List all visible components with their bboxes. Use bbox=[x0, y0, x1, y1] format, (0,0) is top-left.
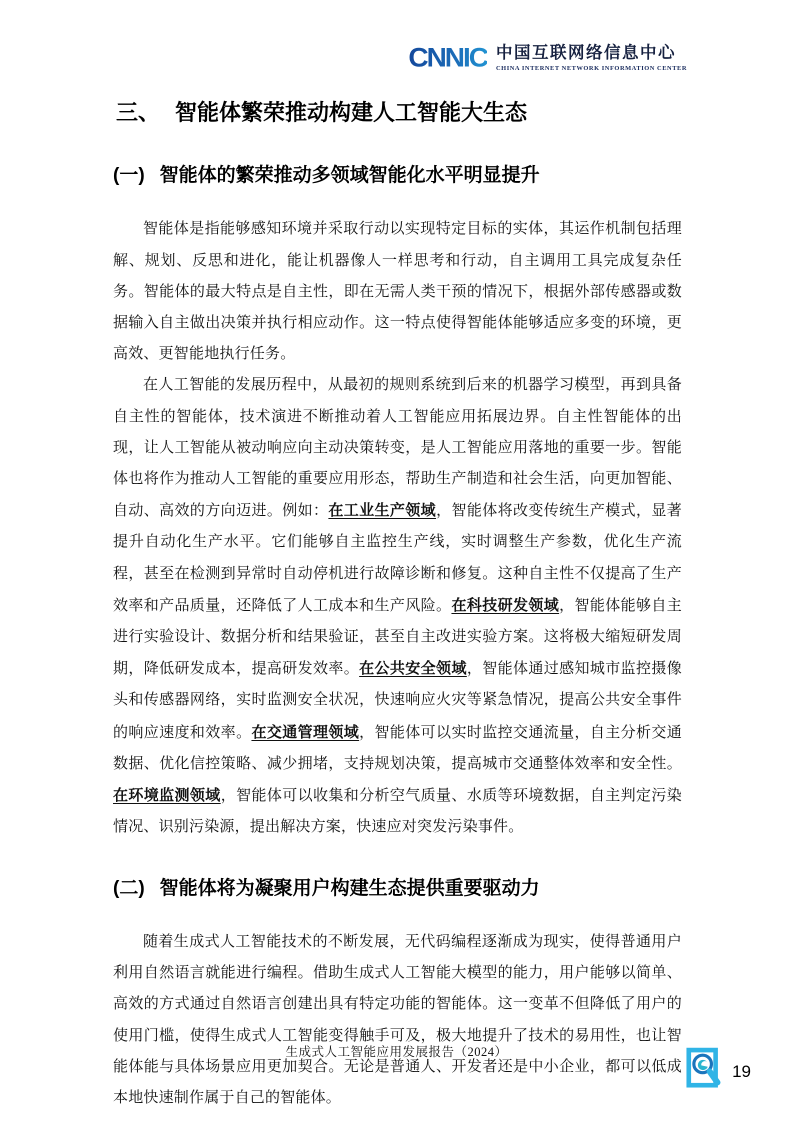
org-name-chinese: 中国互联网络信息中心 bbox=[496, 44, 687, 62]
chapter-heading: 三、 智能体繁荣推动构建人工智能大生态 bbox=[116, 97, 682, 129]
section-2-paragraph-1: 随着生成式人工智能技术的不断发展，无代码编程逐渐成为现实，使得普通用户利用自然语… bbox=[113, 927, 682, 1114]
document-page: CNNIC 中国互联网络信息中心 CHINA INTERNET NETWORK … bbox=[0, 0, 793, 1121]
page-number: 19 bbox=[732, 1062, 751, 1082]
cnnic-survey-logo-icon bbox=[686, 1046, 723, 1098]
section-1-paragraph-1: 智能体是指能够感知环境并采取行动以实现特定目标的实体，其运作机制包括理解、规划、… bbox=[113, 214, 682, 370]
org-name-english: CHINA INTERNET NETWORK INFORMATION CENTE… bbox=[496, 65, 687, 72]
page-content: 三、 智能体繁荣推动构建人工智能大生态 (一) 智能体的繁荣推动多领域智能化水平… bbox=[0, 0, 793, 1114]
highlighted-domain-term: 在交通管理领域 bbox=[251, 724, 359, 741]
section-1-paragraph-2: 在人工智能的发展历程中，从最初的规则系统到后来的机器学习模型，再到具备自主性的智… bbox=[113, 370, 682, 843]
body-text-run: 在人工智能的发展历程中，从最初的规则系统到后来的机器学习模型，再到具备自主性的智… bbox=[113, 377, 682, 519]
body-text-run: 随着生成式人工智能技术的不断发展，无代码编程逐渐成为现实，使得普通用户利用自然语… bbox=[113, 934, 682, 1106]
page-number-badge: 19 bbox=[686, 1046, 751, 1098]
section-2-heading: (二) 智能体将为凝聚用户构建生态提供重要驱动力 bbox=[113, 875, 682, 903]
section-1-heading: (一) 智能体的繁荣推动多领域智能化水平明显提升 bbox=[113, 162, 682, 190]
highlighted-domain-term: 在公共安全领域 bbox=[359, 660, 467, 677]
section-2-title: 智能体将为凝聚用户构建生态提供重要驱动力 bbox=[160, 875, 540, 903]
highlighted-domain-term: 在工业生产领域 bbox=[328, 502, 436, 519]
org-name-block: 中国互联网络信息中心 CHINA INTERNET NETWORK INFORM… bbox=[496, 44, 687, 71]
cnnic-header-logo: CNNIC 中国互联网络信息中心 CHINA INTERNET NETWORK … bbox=[408, 44, 687, 72]
body-text-run: 智能体是指能够感知环境并采取行动以实现特定目标的实体，其运作机制包括理解、规划、… bbox=[113, 221, 682, 362]
highlighted-domain-term: 在环境监测领域 bbox=[113, 787, 221, 804]
footer-report-title: 生成式人工智能应用发展报告（2024） bbox=[0, 1042, 793, 1060]
section-2-number: (二) bbox=[113, 875, 145, 903]
chapter-number: 三、 bbox=[116, 97, 160, 129]
cnnic-wordmark: CNNIC bbox=[408, 45, 487, 72]
section-1-title: 智能体的繁荣推动多领域智能化水平明显提升 bbox=[160, 162, 540, 190]
section-1-number: (一) bbox=[113, 162, 145, 190]
chapter-title: 智能体繁荣推动构建人工智能大生态 bbox=[175, 97, 527, 129]
highlighted-domain-term: 在科技研发领域 bbox=[451, 597, 559, 614]
